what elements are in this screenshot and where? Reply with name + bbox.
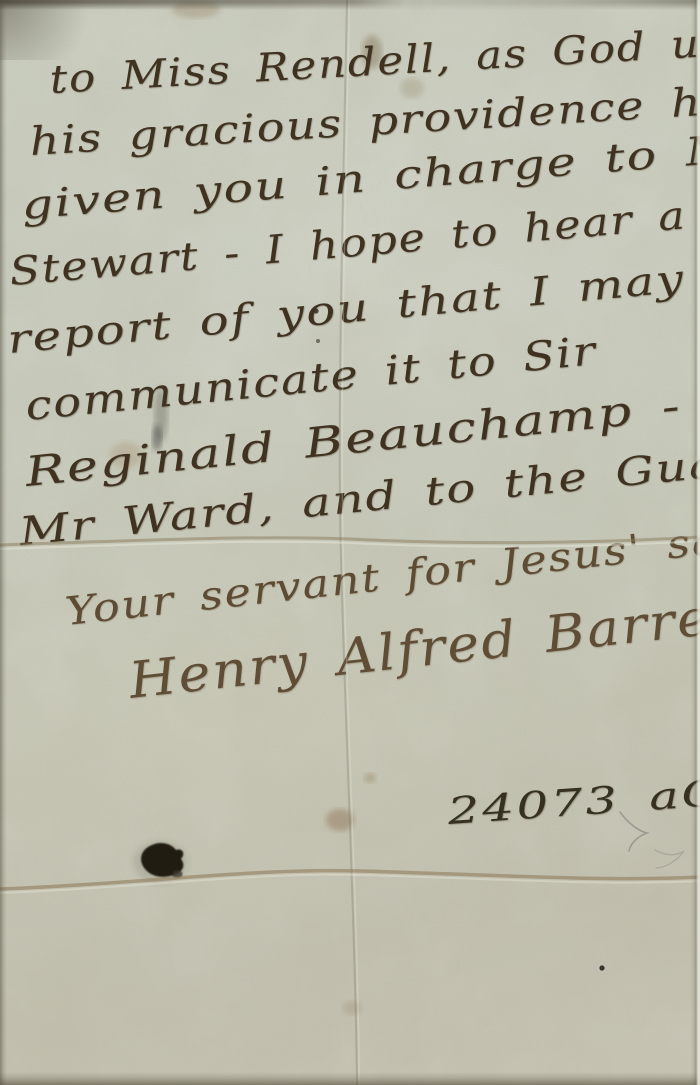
letter-page: to Miss Rendell, as God under his gracio… [0,0,700,1085]
paper-corner-top-left [0,0,110,60]
fold-crease-horizontal-lower [0,871,700,893]
paper-edge-top [0,0,700,10]
pencil-marks [620,812,684,868]
paper-edge-bottom [0,1072,700,1085]
reference-number: 24073 aG. [446,770,700,833]
ink-blot [133,841,187,883]
paper-edge-left [0,0,7,1085]
